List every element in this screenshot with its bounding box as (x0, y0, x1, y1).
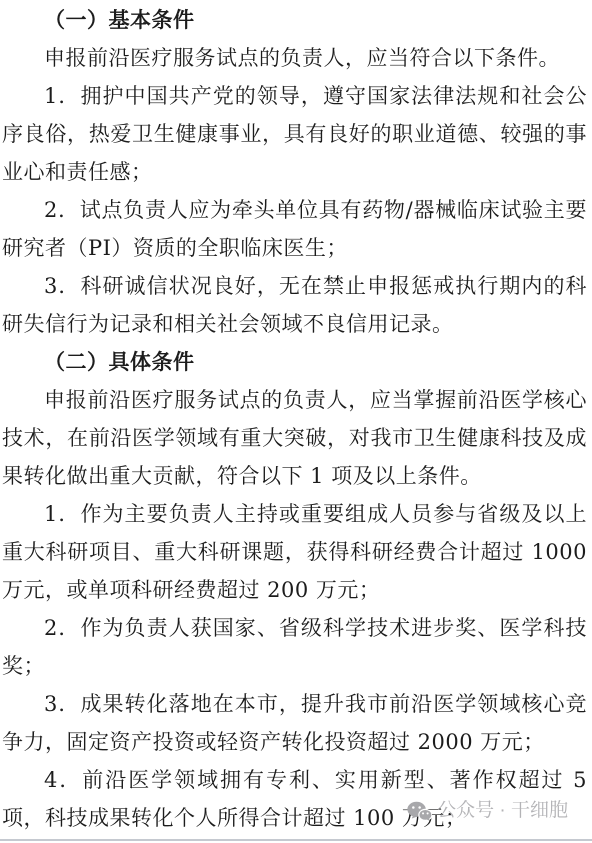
paragraph-basic-intro: 申报前沿医疗服务试点的负责人，应当符合以下条件。 (2, 39, 587, 77)
section-heading-basic-conditions: （一）基本条件 (2, 1, 587, 39)
paragraph-specific-intro: 申报前沿医疗服务试点的负责人，应当掌握前沿医学核心技术，在前沿医学领域有重大突破… (2, 381, 587, 495)
document-body: （一）基本条件 申报前沿医疗服务试点的负责人，应当符合以下条件。 1．拥护中国共… (0, 0, 590, 837)
bottom-divider (0, 839, 592, 841)
paragraph-basic-item-1: 1．拥护中国共产党的领导，遵守国家法律法规和社会公序良俗，热爱卫生健康事业，具有… (2, 77, 587, 191)
paragraph-basic-item-2: 2．试点负责人应为牵头单位具有药物/器械临床试验主要研究者（PI）资质的全职临床… (2, 191, 587, 267)
paragraph-basic-item-3: 3．科研诚信状况良好，无在禁止申报惩戒执行期内的科研失信行为记录和相关社会领域不… (2, 267, 587, 343)
paragraph-specific-item-3: 3．成果转化落地在本市，提升我市前沿医学领域核心竞争力，固定资产投资或轻资产转化… (2, 685, 587, 761)
watermark: 公众号 · 干细胞 (407, 799, 568, 823)
wechat-icon (407, 801, 432, 822)
watermark-text: 公众号 · 干细胞 (437, 799, 568, 823)
paragraph-specific-item-2: 2．作为负责人获国家、省级科学技术进步奖、医学科技奖； (2, 609, 587, 685)
section-heading-specific-conditions: （二）具体条件 (2, 343, 587, 381)
paragraph-specific-item-1: 1．作为主要负责人主持或重要组成人员参与省级及以上重大科研项目、重大科研课题，获… (2, 495, 587, 609)
